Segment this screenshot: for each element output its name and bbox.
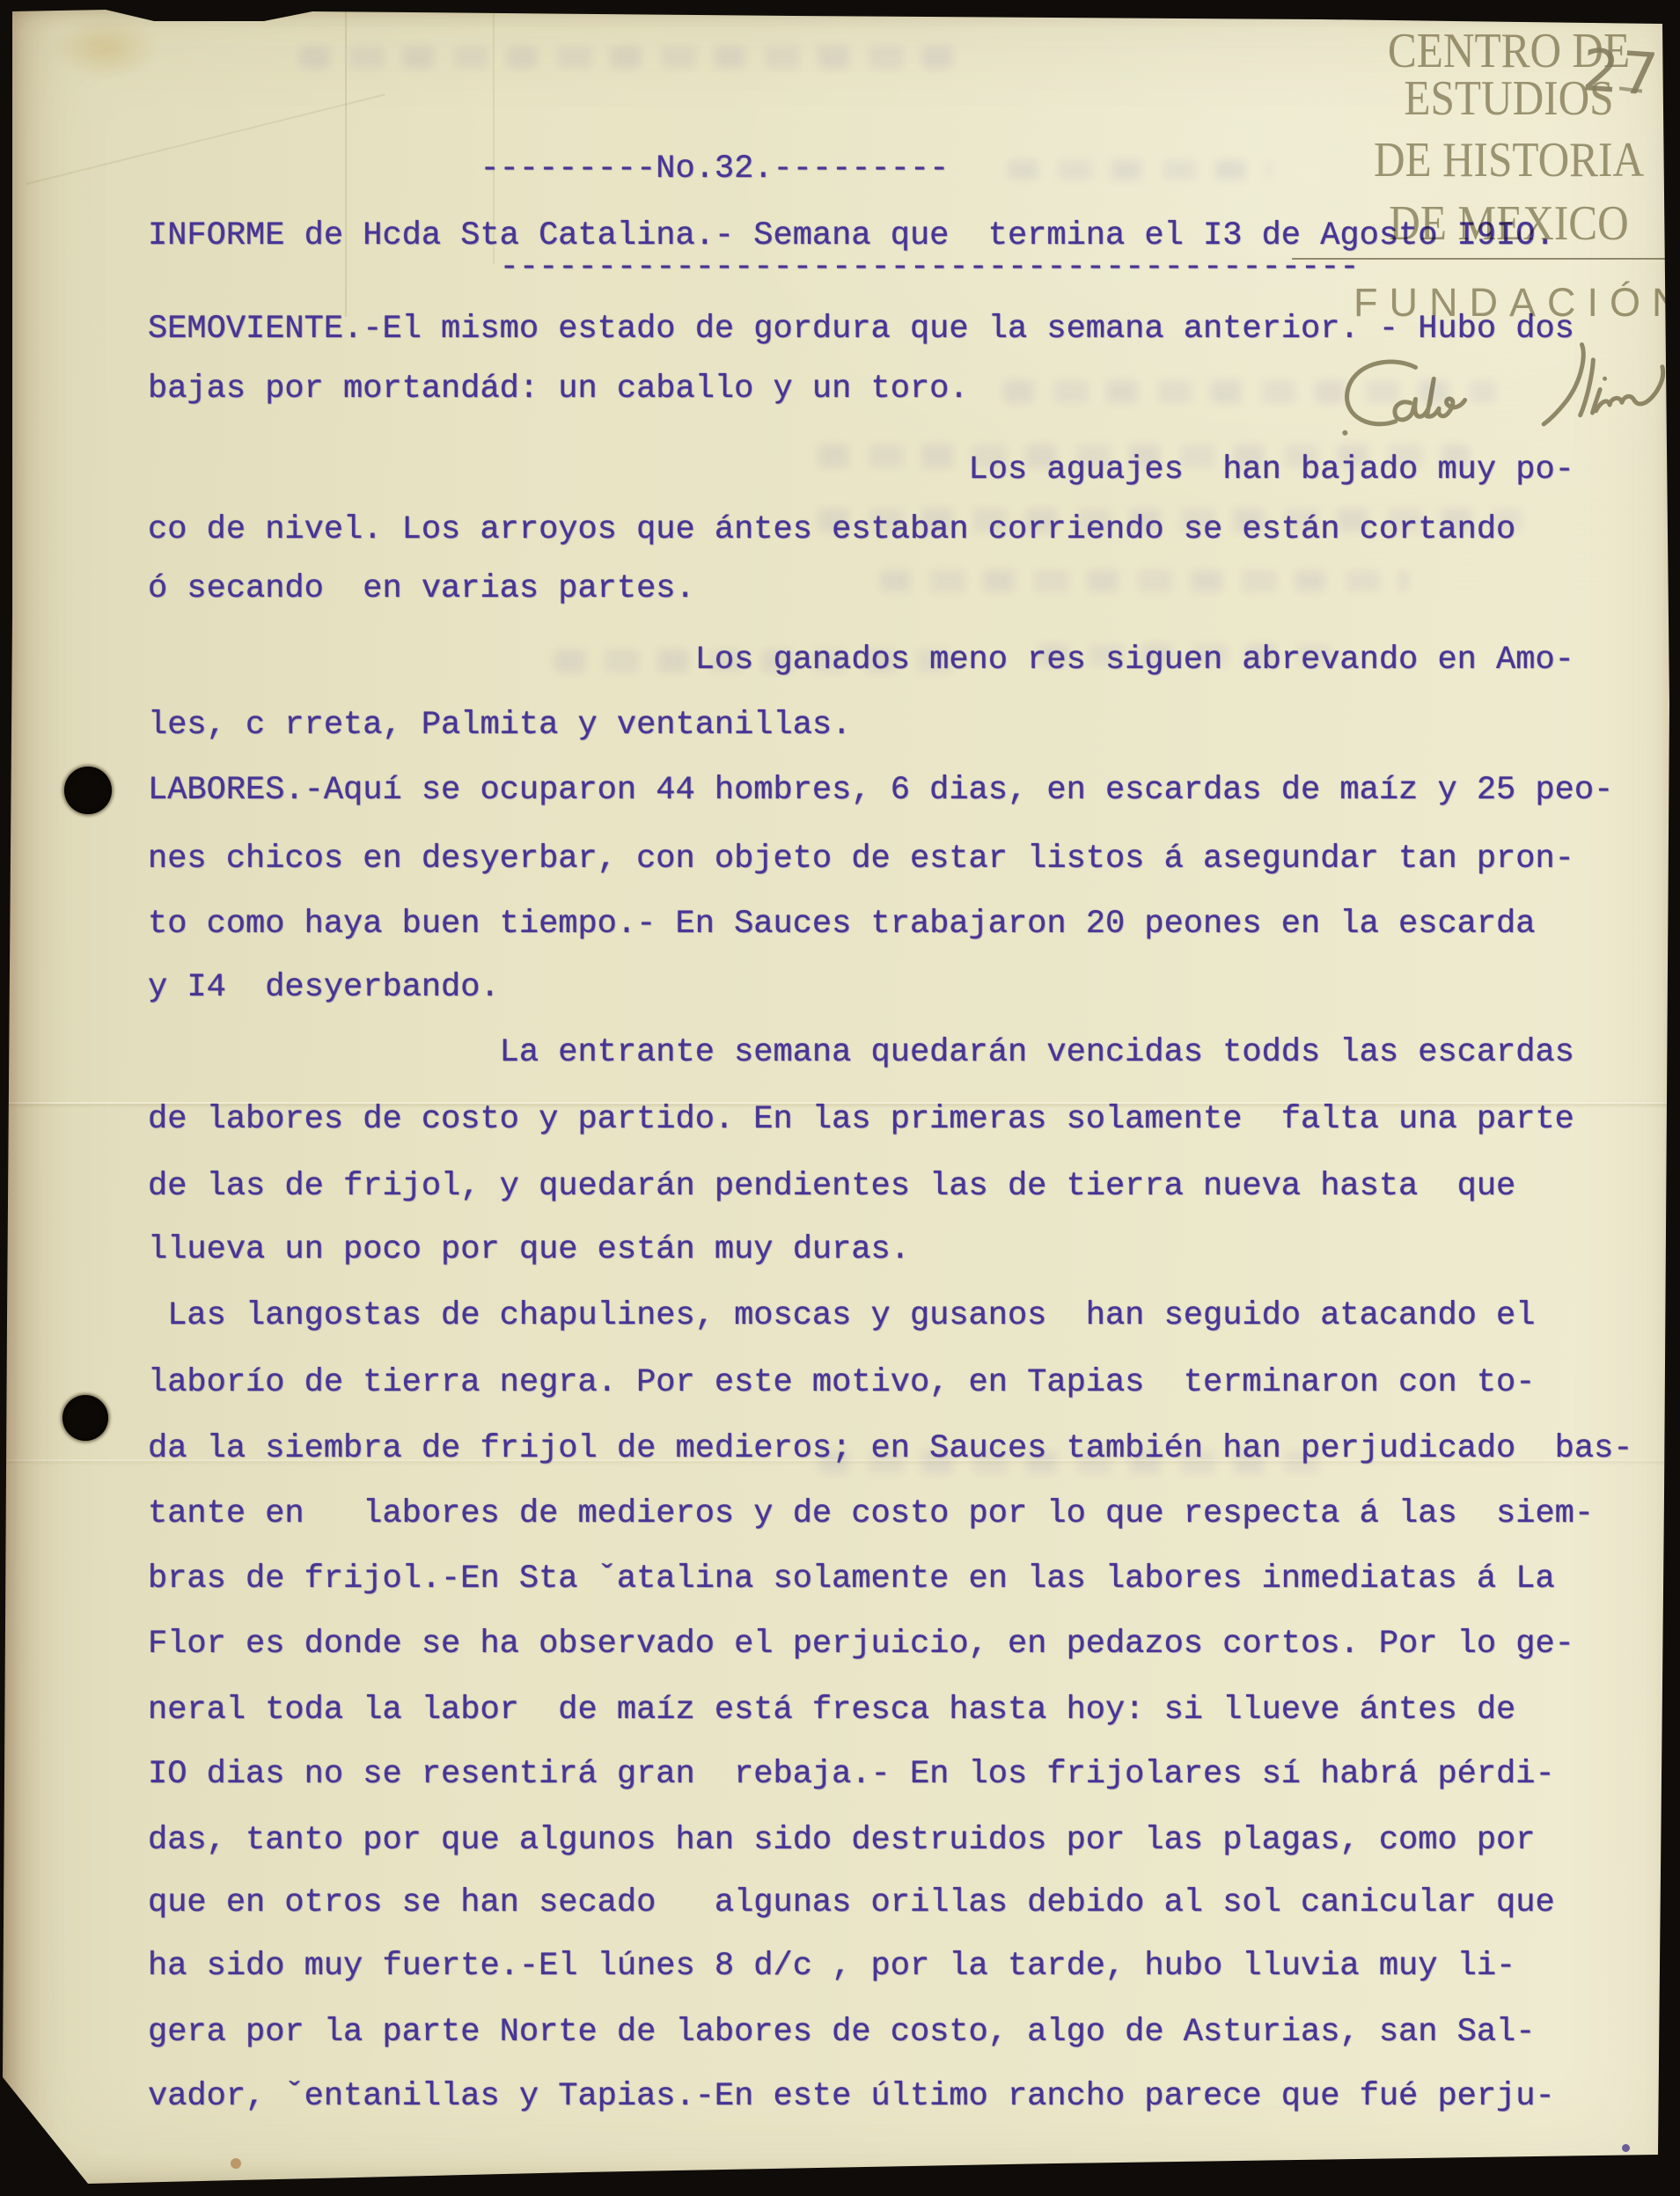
typewritten-line: da la siembra de frijol de medieros; en … xyxy=(148,1429,1632,1468)
typewritten-line: neral toda la labor de maíz está fresca … xyxy=(148,1691,1515,1730)
typewritten-line: gera por la parte Norte de labores de co… xyxy=(148,2013,1535,2052)
typewritten-line: IO dias no se resentirá gran rebaja.- En… xyxy=(148,1755,1555,1794)
bleedthrough-smudge xyxy=(1003,380,1496,403)
typewritten-line: ---------No.32.--------- xyxy=(148,150,949,188)
archive-watermark: CENTRO DE ESTUDIOS DE HISTORIA DE MEXICO… xyxy=(1292,0,1680,722)
bleedthrough-smudge xyxy=(299,46,968,69)
typewritten-line: Las langostas de chapulines, moscas y gu… xyxy=(148,1296,1535,1335)
watermark-light-strip xyxy=(1344,23,1680,692)
typewritten-line: co de nivel. Los arroyos que ántes estab… xyxy=(148,510,1515,549)
typewritten-line: to como haya buen tiempo.- En Sauces tra… xyxy=(148,905,1535,944)
typewritten-line: de las de frijol, y quedarán pendientes … xyxy=(148,1167,1515,1206)
typewritten-line: que en otros se han secado algunas orill… xyxy=(148,1884,1555,1922)
bleedthrough-smudge xyxy=(1008,160,1272,180)
typewritten-line: LABORES.-Aquí se ocuparon 44 hombres, 6 … xyxy=(148,771,1613,810)
pencil-seven-crossbar xyxy=(1619,86,1642,92)
typewritten-line: laborío de tierra negra. Por este motivo… xyxy=(148,1363,1535,1402)
typewritten-line: ----------------------------------------… xyxy=(148,248,1360,287)
watermark-line: ESTUDIOS xyxy=(1358,70,1659,127)
typewritten-line: ha sido muy fuerte.-El lúnes 8 d/c , por… xyxy=(148,1947,1515,1986)
typewritten-line: y I4 desyerbando. xyxy=(148,968,500,1007)
stain-speck xyxy=(53,18,158,79)
ink-speck xyxy=(1622,2144,1630,2152)
typewritten-line: tante en labores de medieros y de costo … xyxy=(148,1495,1594,1533)
typewritten-line: Los aguajes han bajado muy po- xyxy=(148,451,1574,489)
typewritten-line: das, tanto por que algunos han sido dest… xyxy=(148,1821,1535,1860)
watermark-line: DE HISTORIA xyxy=(1358,132,1659,188)
typewritten-line: bras de frijol.-En Sta ˇatalina solament… xyxy=(148,1560,1555,1598)
typewritten-line: Los ganados meno res siguen abrevando en… xyxy=(148,641,1574,679)
pencil-folio-number: 27 xyxy=(1580,36,1662,109)
typewritten-line: La entrante semana quedarán vencidas tod… xyxy=(148,1033,1574,1072)
typewritten-line: SEMOVIENTE.-El mismo estado de gordura q… xyxy=(148,310,1574,349)
typewritten-line: vador, ˇentanillas y Tapias.-En este últ… xyxy=(148,2077,1555,2116)
scanned-document: ---------No.32.---------INFORME de Hcda … xyxy=(0,0,1680,2196)
typewritten-line: bajas por mortandád: un caballo y un tor… xyxy=(148,370,969,408)
stain-speck xyxy=(231,2158,241,2169)
watermark-line: CENTRO DE xyxy=(1358,23,1659,79)
paper-sheet: ---------No.32.---------INFORME de Hcda … xyxy=(0,0,1680,2196)
typewritten-line: llueva un poco por que están muy duras. xyxy=(148,1230,910,1269)
typewritten-line: de labores de costo y partido. En las pr… xyxy=(148,1100,1574,1139)
typewritten-line: Flor es donde se ha observado el perjuic… xyxy=(148,1625,1574,1664)
bleedthrough-smudge xyxy=(880,570,1408,591)
punch-hole xyxy=(64,767,112,814)
typewritten-line: ó secando en varias partes. xyxy=(148,569,695,608)
typewritten-line: nes chicos en desyerbar, con objeto de e… xyxy=(148,840,1574,878)
typewritten-line: les, c rreta, Palmita y ventanillas. xyxy=(148,706,851,745)
punch-hole xyxy=(62,1395,108,1441)
